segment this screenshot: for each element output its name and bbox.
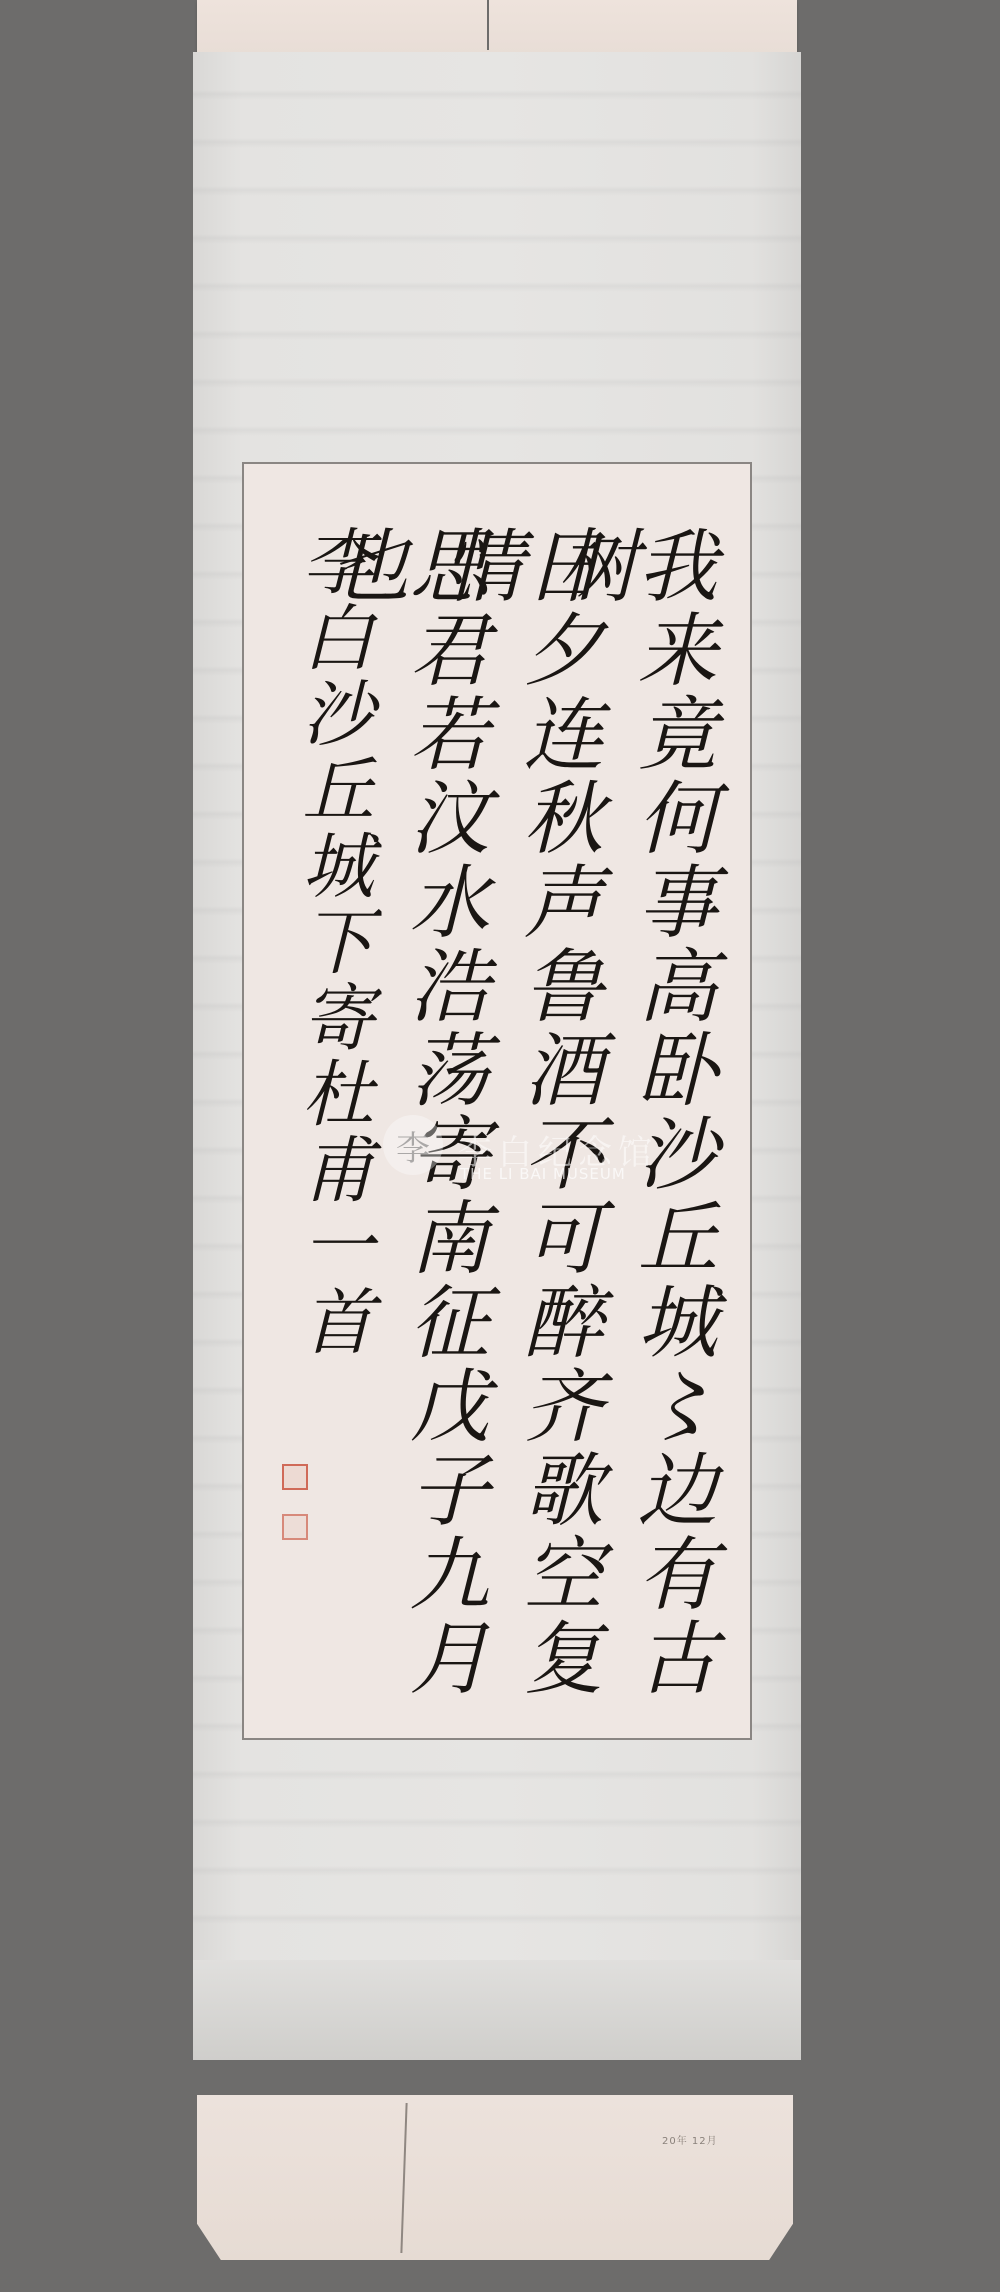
- calligraphy-column-signature: 李白沙丘城下寄杜甫一首: [284, 524, 368, 1738]
- hanging-scroll: 我来竟何事高卧沙丘城〻边有古树 日夕连秋声鲁酒不可醉齐歌空复情 思君若汶水浩荡寄…: [193, 0, 801, 2265]
- paper-tear: [487, 0, 489, 50]
- calligraphy-column-1: 我来竟何事高卧沙丘城〻边有古树: [620, 524, 710, 1738]
- red-seal-lower: [282, 1514, 308, 1540]
- calligraphy-panel: 我来竟何事高卧沙丘城〻边有古树 日夕连秋声鲁酒不可醉齐歌空复情 思君若汶水浩荡寄…: [242, 462, 752, 1740]
- pencil-annotation: 20年 12月: [662, 2132, 718, 2147]
- scroll-top-rod: [197, 0, 797, 55]
- paper-crack: [400, 2103, 407, 2253]
- mount-bottom-fold: [193, 1960, 801, 2060]
- calligraphy-column-2: 日夕连秋声鲁酒不可醉齐歌空复情: [506, 524, 596, 1738]
- scroll-bottom-paper: 20年 12月: [197, 2095, 793, 2260]
- calligraphy-columns: 我来竟何事高卧沙丘城〻边有古树 日夕连秋声鲁酒不可醉齐歌空复情 思君若汶水浩荡寄…: [244, 464, 750, 1738]
- calligraphy-column-3: 思君若汶水浩荡寄南征戊子九月也: [392, 524, 482, 1738]
- red-seal-upper: [282, 1464, 308, 1490]
